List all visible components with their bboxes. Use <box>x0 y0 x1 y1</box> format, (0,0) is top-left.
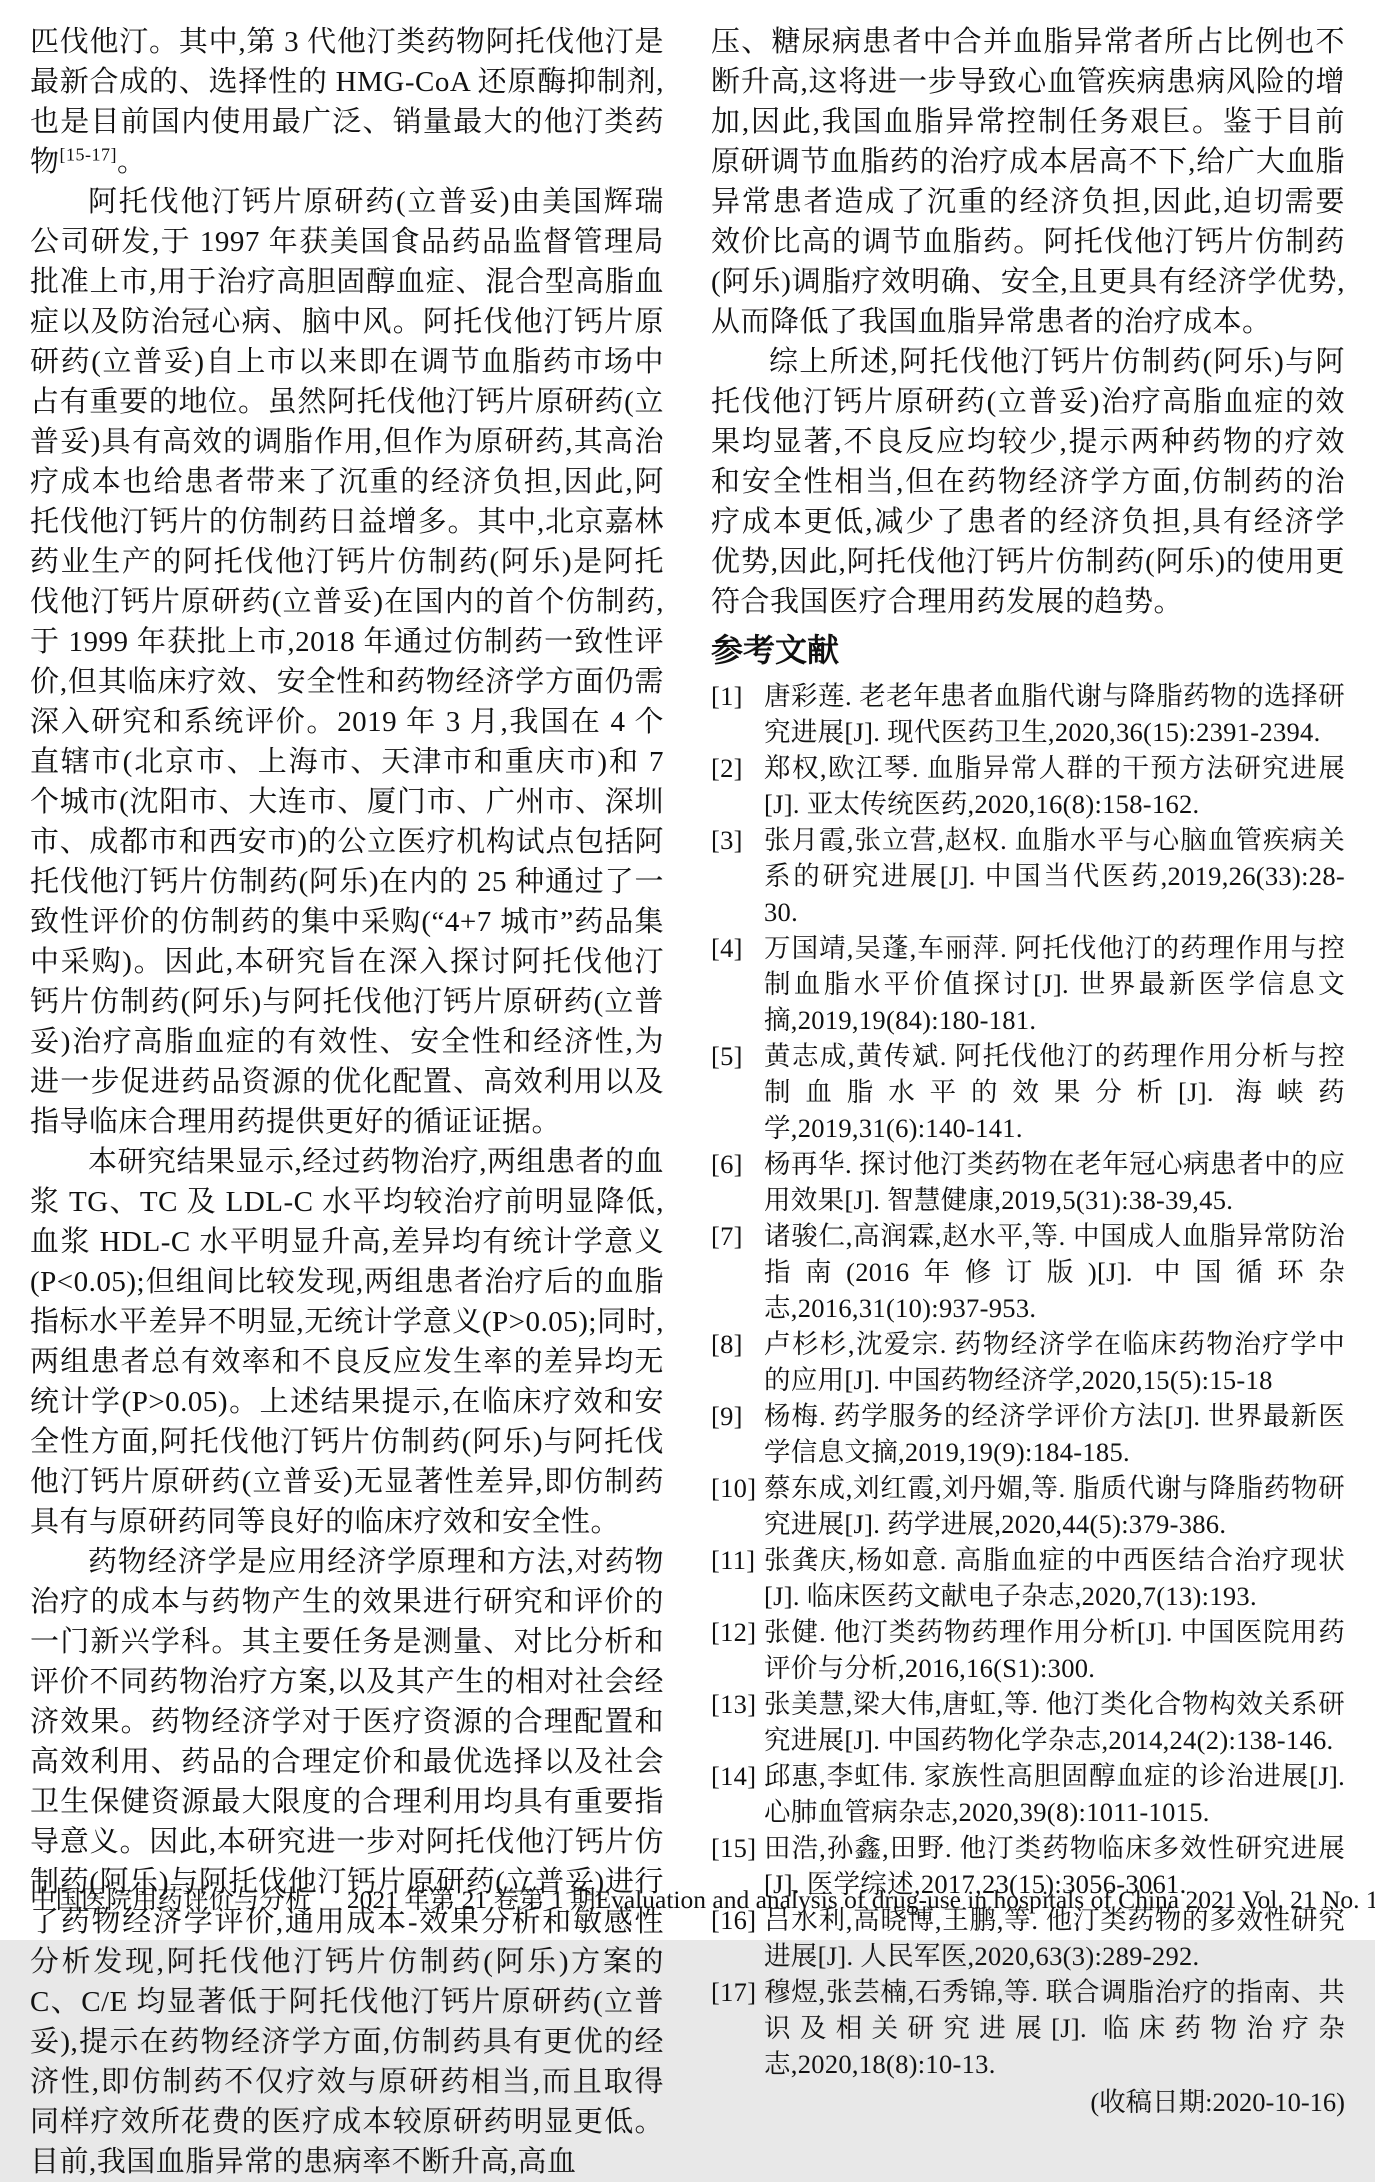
reference-text: 万国靖,吴蓬,车丽萍. 阿托伐他汀的药理作用与控制血脂水平价值探讨[J]. 世界… <box>764 933 1345 1035</box>
two-column-layout: 匹伐他汀。其中,第 3 代他汀类药物阿托伐他汀是最新合成的、选择性的 HMG-C… <box>30 22 1345 2182</box>
reference-number: [2] <box>711 750 743 786</box>
reference-number: [9] <box>711 1398 743 1434</box>
reference-item: [5] 黄志成,黄传斌. 阿托伐他汀的药理作用分析与控制血脂水平的效果分析[J]… <box>711 1038 1345 1146</box>
journal-title-en: Evaluation and analysis of drug-use in h… <box>596 1885 1375 1914</box>
footer-right: Evaluation and analysis of drug-use in h… <box>596 1885 1375 1915</box>
right-column: 压、糖尿病患者中合并血脂异常者所占比例也不断升高,这将进一步导致心血管疾病患病风… <box>711 22 1345 2182</box>
citation-superscript: [15-17] <box>60 144 117 164</box>
footer-left: 中国医院用药评价与分析 2021 年第 21 卷第 1 期 <box>30 1880 596 1916</box>
paragraph-study-results: 本研究结果显示,经过药物治疗,两组患者的血浆 TG、TC 及 LDL-C 水平均… <box>30 1142 664 1542</box>
reference-text: 张健. 他汀类药物药理作用分析[J]. 中国医院用药评价与分析,2016,16(… <box>764 1617 1345 1683</box>
reference-text: 张美慧,梁大伟,唐虹,等. 他汀类化合物构效关系研究进展[J]. 中国药物化学杂… <box>764 1689 1345 1755</box>
reference-number: [1] <box>711 678 743 714</box>
reference-number: [11] <box>711 1542 755 1578</box>
paragraph-continuation: 匹伐他汀。其中,第 3 代他汀类药物阿托伐他汀是最新合成的、选择性的 HMG-C… <box>30 22 664 182</box>
paragraph-conclusion: 综上所述,阿托伐他汀钙片仿制药(阿乐)与阿托伐他汀钙片原研药(立普妥)治疗高脂血… <box>711 342 1345 622</box>
body-text: 。 <box>117 146 147 178</box>
reference-number: [3] <box>711 822 743 858</box>
reference-item: [11] 张龚庆,杨如意. 高脂血症的中西医结合治疗现状[J]. 临床医药文献电… <box>711 1542 1345 1614</box>
paragraph-pharmacoeconomics: 药物经济学是应用经济学原理和方法,对药物治疗的成本与药物产生的效果进行研究和评价… <box>30 1542 664 2182</box>
reference-text: 邱惠,李虹伟. 家族性高胆固醇血症的诊治进展[J]. 心肺血管病杂志,2020,… <box>764 1761 1345 1827</box>
left-column: 匹伐他汀。其中,第 3 代他汀类药物阿托伐他汀是最新合成的、选择性的 HMG-C… <box>30 22 664 2182</box>
reference-text: 诸骏仁,高润霖,赵水平,等. 中国成人血脂异常防治指南(2016年修订版)[J]… <box>764 1221 1345 1323</box>
issue-info-cn: 2021 年第 21 卷第 1 期 <box>347 1885 596 1914</box>
reference-item: [12] 张健. 他汀类药物药理作用分析[J]. 中国医院用药评价与分析,201… <box>711 1614 1345 1686</box>
reference-number: [10] <box>711 1470 756 1506</box>
page-footer: 中国医院用药评价与分析 2021 年第 21 卷第 1 期 Evaluation… <box>30 1880 1345 1916</box>
reference-item: [14] 邱惠,李虹伟. 家族性高胆固醇血症的诊治进展[J]. 心肺血管病杂志,… <box>711 1758 1345 1830</box>
reference-text: 杨梅. 药学服务的经济学评价方法[J]. 世界最新医学信息文摘,2019,19(… <box>764 1401 1345 1467</box>
journal-title-cn: 中国医院用药评价与分析 <box>30 1885 311 1914</box>
reference-text: 郑权,欧江琴. 血脂异常人群的干预方法研究进展[J]. 亚太传统医药,2020,… <box>764 753 1345 819</box>
reference-number: [15] <box>711 1830 756 1866</box>
reference-number: [4] <box>711 930 743 966</box>
reference-number: [7] <box>711 1218 743 1254</box>
reference-item: [6] 杨再华. 探讨他汀类药物在老年冠心病患者中的应用效果[J]. 智慧健康,… <box>711 1146 1345 1218</box>
reference-text: 穆煜,张芸楠,石秀锦,等. 联合调脂治疗的指南、共识及相关研究进展[J]. 临床… <box>764 1977 1345 2079</box>
reference-item: [1] 唐彩莲. 老老年患者血脂代谢与降脂药物的选择研究进展[J]. 现代医药卫… <box>711 678 1345 750</box>
reference-text: 黄志成,黄传斌. 阿托伐他汀的药理作用分析与控制血脂水平的效果分析[J]. 海峡… <box>764 1041 1345 1143</box>
reference-text: 唐彩莲. 老老年患者血脂代谢与降脂药物的选择研究进展[J]. 现代医药卫生,20… <box>764 681 1345 747</box>
reference-text: 张月霞,张立营,赵权. 血脂水平与心脑血管疾病关系的研究进展[J]. 中国当代医… <box>764 825 1345 927</box>
reference-number: [13] <box>711 1686 756 1722</box>
reference-item: [7] 诸骏仁,高润霖,赵水平,等. 中国成人血脂异常防治指南(2016年修订版… <box>711 1218 1345 1326</box>
reference-item: [9] 杨梅. 药学服务的经济学评价方法[J]. 世界最新医学信息文摘,2019… <box>711 1398 1345 1470</box>
journal-page: 匹伐他汀。其中,第 3 代他汀类药物阿托伐他汀是最新合成的、选择性的 HMG-C… <box>0 0 1375 1940</box>
reference-text: 杨再华. 探讨他汀类药物在老年冠心病患者中的应用效果[J]. 智慧健康,2019… <box>764 1149 1345 1215</box>
reference-item: [4] 万国靖,吴蓬,车丽萍. 阿托伐他汀的药理作用与控制血脂水平价值探讨[J]… <box>711 930 1345 1038</box>
reference-text: 卢杉杉,沈爱宗. 药物经济学在临床药物治疗学中的应用[J]. 中国药物经济学,2… <box>764 1329 1345 1395</box>
reference-number: [6] <box>711 1146 743 1182</box>
paragraph-continuation-right: 压、糖尿病患者中合并血脂异常者所占比例也不断升高,这将进一步导致心血管疾病患病风… <box>711 22 1345 342</box>
received-date: (收稿日期:2020-10-16) <box>711 2084 1345 2121</box>
references-list: [1] 唐彩莲. 老老年患者血脂代谢与降脂药物的选择研究进展[J]. 现代医药卫… <box>711 678 1345 2082</box>
reference-text: 张龚庆,杨如意. 高脂血症的中西医结合治疗现状[J]. 临床医药文献电子杂志,2… <box>764 1545 1345 1611</box>
paragraph-lipitor-background: 阿托伐他汀钙片原研药(立普妥)由美国辉瑞公司研发,于 1997 年获美国食品药品… <box>30 182 664 1142</box>
reference-number: [8] <box>711 1326 743 1362</box>
reference-number: [14] <box>711 1758 756 1794</box>
reference-item: [17] 穆煜,张芸楠,石秀锦,等. 联合调脂治疗的指南、共识及相关研究进展[J… <box>711 1974 1345 2082</box>
reference-item: [2] 郑权,欧江琴. 血脂异常人群的干预方法研究进展[J]. 亚太传统医药,2… <box>711 750 1345 822</box>
reference-number: [17] <box>711 1974 756 2010</box>
reference-item: [3] 张月霞,张立营,赵权. 血脂水平与心脑血管疾病关系的研究进展[J]. 中… <box>711 822 1345 930</box>
reference-item: [10] 蔡东成,刘红霞,刘丹媚,等. 脂质代谢与降脂药物研究进展[J]. 药学… <box>711 1470 1345 1542</box>
reference-number: [12] <box>711 1614 756 1650</box>
reference-item: [13] 张美慧,梁大伟,唐虹,等. 他汀类化合物构效关系研究进展[J]. 中国… <box>711 1686 1345 1758</box>
reference-number: [5] <box>711 1038 743 1074</box>
references-heading: 参考文献 <box>711 630 1345 670</box>
reference-item: [8] 卢杉杉,沈爱宗. 药物经济学在临床药物治疗学中的应用[J]. 中国药物经… <box>711 1326 1345 1398</box>
reference-text: 蔡东成,刘红霞,刘丹媚,等. 脂质代谢与降脂药物研究进展[J]. 药学进展,20… <box>764 1473 1345 1539</box>
